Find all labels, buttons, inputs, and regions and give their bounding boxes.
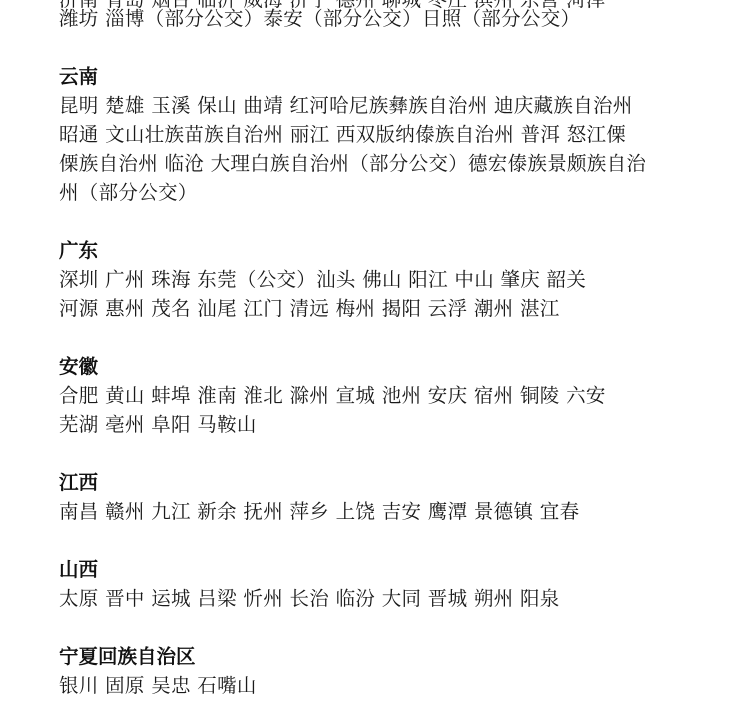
section-title: 安徽 [59, 352, 709, 381]
cut-off-line: 济南 青岛 烟台 临沂 威海 济宁 德州 聊城 枣庄 滨州 东营 菏泽 [59, 0, 709, 14]
city-line: 河源 惠州 茂名 汕尾 江门 清远 梅州 揭阳 云浮 潮州 湛江 [59, 294, 709, 323]
city-line: 傈族自治州 临沧 大理白族自治州（部分公交）德宏傣族景颇族自治 [59, 149, 709, 178]
section-shanxi: 山西 太原 晋中 运城 吕梁 忻州 长治 临汾 大同 晋城 朔州 阳泉 [59, 555, 709, 613]
city-line: 昭通 文山壮族苗族自治州 丽江 西双版纳傣族自治州 普洱 怒江傈 [59, 120, 709, 149]
city-line: 芜湖 亳州 阜阳 马鞍山 [59, 410, 709, 439]
city-line: 州（部分公交） [59, 178, 709, 207]
section-title: 广东 [59, 236, 709, 265]
section-title: 宁夏回族自治区 [59, 642, 709, 671]
section-title: 江西 [59, 468, 709, 497]
section-guangdong: 广东 深圳 广州 珠海 东莞（公交）汕头 佛山 阳江 中山 肇庆 韶关 河源 惠… [59, 236, 709, 323]
section-jiangxi: 江西 南昌 赣州 九江 新余 抚州 萍乡 上饶 吉安 鹰潭 景德镇 宜春 [59, 468, 709, 526]
section-title: 山西 [59, 555, 709, 584]
city-line: 合肥 黄山 蚌埠 淮南 淮北 滁州 宣城 池州 安庆 宿州 铜陵 六安 [59, 381, 709, 410]
section-anhui: 安徽 合肥 黄山 蚌埠 淮南 淮北 滁州 宣城 池州 安庆 宿州 铜陵 六安 芜… [59, 352, 709, 439]
section-ningxia: 宁夏回族自治区 银川 固原 吴忠 石嘴山 [59, 642, 709, 700]
section-yunnan: 云南 昆明 楚雄 玉溪 保山 曲靖 红河哈尼族彝族自治州 迪庆藏族自治州 昭通 … [59, 62, 709, 207]
city-list-document: 济南 青岛 烟台 临沂 威海 济宁 德州 聊城 枣庄 滨州 东营 菏泽 潍坊 淄… [59, 0, 709, 700]
city-line: 南昌 赣州 九江 新余 抚州 萍乡 上饶 吉安 鹰潭 景德镇 宜春 [59, 497, 709, 526]
city-line: 深圳 广州 珠海 东莞（公交）汕头 佛山 阳江 中山 肇庆 韶关 [59, 265, 709, 294]
city-line: 太原 晋中 运城 吕梁 忻州 长治 临汾 大同 晋城 朔州 阳泉 [59, 584, 709, 613]
city-line: 昆明 楚雄 玉溪 保山 曲靖 红河哈尼族彝族自治州 迪庆藏族自治州 [59, 91, 709, 120]
section-title: 云南 [59, 62, 709, 91]
city-line: 银川 固原 吴忠 石嘴山 [59, 671, 709, 700]
